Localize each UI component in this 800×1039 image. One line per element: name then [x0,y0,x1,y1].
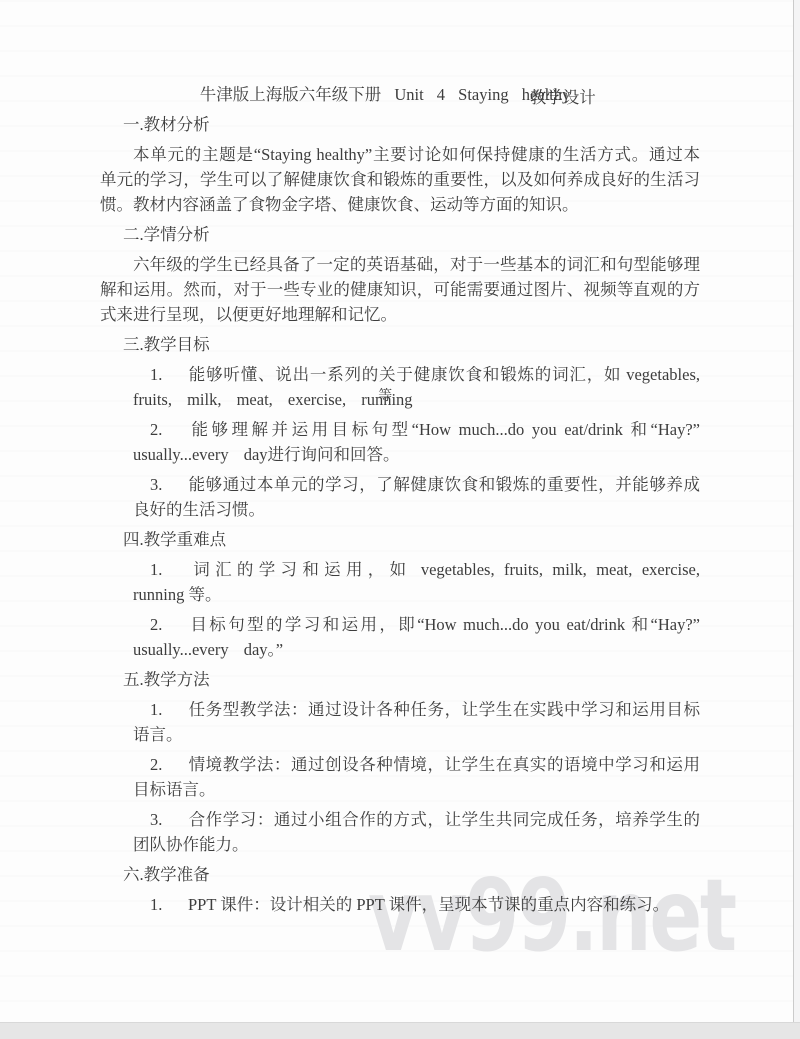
list-item: 1.PPT 课件：设计相关的 PPT 课件，呈现本节课的重点内容和练习。 [100,892,700,917]
list-item-number: 1. [150,557,188,582]
paragraph-line: 六年级的学生已经具备了一定的英语基础，对于一些基本的词汇和句型能够理 [100,252,700,277]
list-item-text: PPT 课件：设计相关的 PPT 课件，呈现本节课的重点内容和练习。 [188,895,669,914]
list-item-text: 任务型教学法：通过设计各种任务，让学生在实践中学习和运用目标 [188,700,700,719]
paragraph-line: 本单元的主题是“Staying healthy”主要讨论如何保持健康的生活方式。… [100,142,700,167]
list-item: 2.情境教学法：通过创设各种情境，让学生在真实的语境中学习和运用 目标语言。 [100,752,700,802]
list-item-line: 1.任务型教学法：通过设计各种任务，让学生在实践中学习和运用目标 [100,697,700,722]
title-overlap-anchor: healthy教学设计 [522,85,571,104]
list-item-line: 1.词汇的学习和运用，如 vegetables, fruits, milk, m… [100,557,700,582]
list-item-number: 1. [150,697,188,722]
list-item-line: fruits, milk, meat, exercise, running等 [100,387,700,412]
page-right-border [793,0,794,1039]
overlap-fragment: 和“Hay?” [631,420,700,439]
list-item-text: 能够听懂、说出一系列的关于健康饮食和锻炼的词汇，如 vegetables, [188,365,700,384]
list-item-text: 词汇的学习和运用，如 vegetables, fruits, milk, mea… [188,560,700,579]
list-item-line: 2.能够理解并运用目标句型“How much...do you eat/drin… [100,417,700,442]
list-item-text: fruits, milk, meat, exercise, [133,390,361,409]
list-item-number: 3. [150,472,188,497]
document-page: vv99.net 牛津版上海版六年级下册 Unit 4 Staying heal… [0,0,800,1039]
overlap-anchor: running等 [361,390,412,409]
page-bottom-strip [0,1022,800,1039]
list-item-number: 1. [150,892,188,917]
section-heading-6: 六.教学准备 [100,862,700,887]
list-item-line: 团队协作能力。 [100,832,700,857]
title-en: Unit 4 Staying [394,85,508,104]
list-item: 1.任务型教学法：通过设计各种任务，让学生在实践中学习和运用目标 语言。 [100,697,700,747]
list-item: 2.目标句型的学习和运用，即“How much...do you eat/dri… [100,612,700,662]
document-content: 牛津版上海版六年级下册 Unit 4 Staying healthy教学设计 一… [100,82,700,917]
list-item-line: running 等。 [100,582,700,607]
paragraph-line: 惯。教材内容涵盖了食物金字塔、健康饮食、运动等方面的知识。 [100,192,700,217]
overlap-text: 等 [378,384,392,409]
list-item-line: usually...every day进行询问和回答。 [100,442,700,467]
title-overlay-text: 教学设计 [530,85,596,110]
list-item-text: 能够理解并运用目标句型“How much...do you eat/drink [188,420,623,439]
list-item: 3.能够通过本单元的学习，了解健康饮食和锻炼的重要性，并能够养成 良好的生活习惯… [100,472,700,522]
list-item-line: 2.情境教学法：通过创设各种情境，让学生在真实的语境中学习和运用 [100,752,700,777]
list-item: 3.合作学习：通过小组合作的方式，让学生共同完成任务，培养学生的 团队协作能力。 [100,807,700,857]
list-item-number: 2. [150,612,188,637]
list-item-text: 目标句型的学习和运用，即“How much...do you eat/drink [188,615,625,634]
page-right-gutter [794,0,800,1039]
section-heading-1: 一.教材分析 [100,112,700,137]
document-title: 牛津版上海版六年级下册 Unit 4 Staying healthy教学设计 [100,82,700,107]
list-item-number: 2. [150,417,188,442]
paragraph: 六年级的学生已经具备了一定的英语基础，对于一些基本的词汇和句型能够理 解和运用。… [100,252,700,327]
list-item-number: 2. [150,752,188,777]
section-heading-5: 五.教学方法 [100,667,700,692]
list-item: 2.能够理解并运用目标句型“How much...do you eat/drin… [100,417,700,467]
list-item-text: 情境教学法：通过创设各种情境，让学生在真实的语境中学习和运用 [188,755,700,774]
list-item-text: 能够通过本单元的学习，了解健康饮食和锻炼的重要性，并能够养成 [188,475,700,494]
paragraph-line: 解和运用。然而，对于一些专业的健康知识，可能需要通过图片、视频等直观的方 [100,277,700,302]
list-item-line: usually...every day。” [100,637,700,662]
list-item: 1.能够听懂、说出一系列的关于健康饮食和锻炼的词汇，如 vegetables, … [100,362,700,412]
list-item-line: 目标语言。 [100,777,700,802]
list-item-line: 良好的生活习惯。 [100,497,700,522]
title-zh: 牛津版上海版六年级下册 [200,85,382,104]
section-heading-4: 四.教学重难点 [100,527,700,552]
paragraph: 本单元的主题是“Staying healthy”主要讨论如何保持健康的生活方式。… [100,142,700,217]
list-item-line: 3.合作学习：通过小组合作的方式，让学生共同完成任务，培养学生的 [100,807,700,832]
list-item-line: 1.能够听懂、说出一系列的关于健康饮食和锻炼的词汇，如 vegetables, [100,362,700,387]
list-item-text: 合作学习：通过小组合作的方式，让学生共同完成任务，培养学生的 [188,810,700,829]
list-item-line: 3.能够通过本单元的学习，了解健康饮食和锻炼的重要性，并能够养成 [100,472,700,497]
paragraph-line: 式来进行呈现，以便更好地理解和记忆。 [100,302,700,327]
list-item-line: 1.PPT 课件：设计相关的 PPT 课件，呈现本节课的重点内容和练习。 [100,892,700,917]
overlap-fragment: 和“Hay?” [632,615,700,634]
list-item-number: 3. [150,807,188,832]
paragraph-line: 单元的学习，学生可以了解健康饮食和锻炼的重要性，以及如何养成良好的生活习 [100,167,700,192]
list-item: 1.词汇的学习和运用，如 vegetables, fruits, milk, m… [100,557,700,607]
list-item-line: 语言。 [100,722,700,747]
section-heading-2: 二.学情分析 [100,222,700,247]
list-item-line: 2.目标句型的学习和运用，即“How much...do you eat/dri… [100,612,700,637]
section-heading-3: 三.教学目标 [100,332,700,357]
list-item-number: 1. [150,362,188,387]
